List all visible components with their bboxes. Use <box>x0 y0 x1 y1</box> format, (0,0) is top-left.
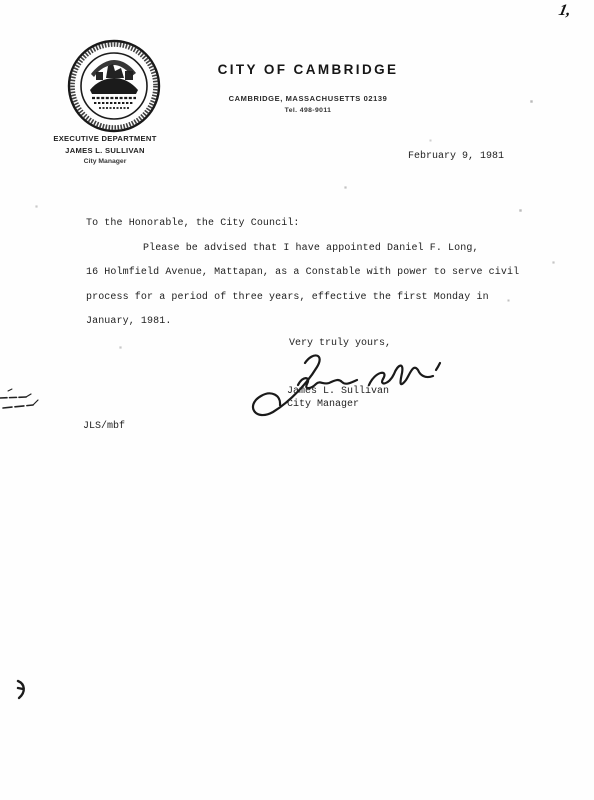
scanned-letter-page: 1, CITY OF CAMBRIDGE CAMBRIDGE, MASSACHU… <box>0 0 594 800</box>
department-name: EXECUTIVE DEPARTMENT <box>38 134 172 143</box>
signature-typed-title: City Manager <box>287 399 359 410</box>
signature-typed-name: James L. Sullivan <box>287 386 389 397</box>
scan-noise <box>0 0 1 1</box>
letterhead-title: CITY OF CAMBRIDGE <box>193 62 423 77</box>
body-line: Please be advised that I have appointed … <box>86 237 536 262</box>
corner-pen-mark <box>14 678 32 704</box>
body-line: 16 Holmfield Avenue, Mattapan, as a Cons… <box>86 261 536 286</box>
manager-name: JAMES L. SULLIVAN <box>38 146 172 155</box>
body-line: process for a period of three years, eff… <box>86 286 536 311</box>
margin-pen-marks <box>0 388 56 418</box>
letterhead-address: CAMBRIDGE, MASSACHUSETTS 02139 <box>193 94 423 103</box>
letter-body: To the Honorable, the City Council: Plea… <box>86 212 536 335</box>
executive-department-block: EXECUTIVE DEPARTMENT JAMES L. SULLIVAN C… <box>38 134 172 165</box>
letterhead-phone: Tel. 498-9011 <box>193 107 423 114</box>
letterhead: CITY OF CAMBRIDGE CAMBRIDGE, MASSACHUSET… <box>193 62 423 114</box>
letter-date: February 9, 1981 <box>408 151 504 162</box>
manager-title: City Manager <box>38 158 172 165</box>
handwritten-page-number: 1, <box>555 2 587 28</box>
salutation: To the Honorable, the City Council: <box>86 212 536 237</box>
reference-initials: JLS/mbf <box>83 421 125 432</box>
closing-phrase: Very truly yours, <box>289 338 391 349</box>
city-seal-icon <box>66 38 162 134</box>
body-line: January, 1981. <box>86 310 536 335</box>
